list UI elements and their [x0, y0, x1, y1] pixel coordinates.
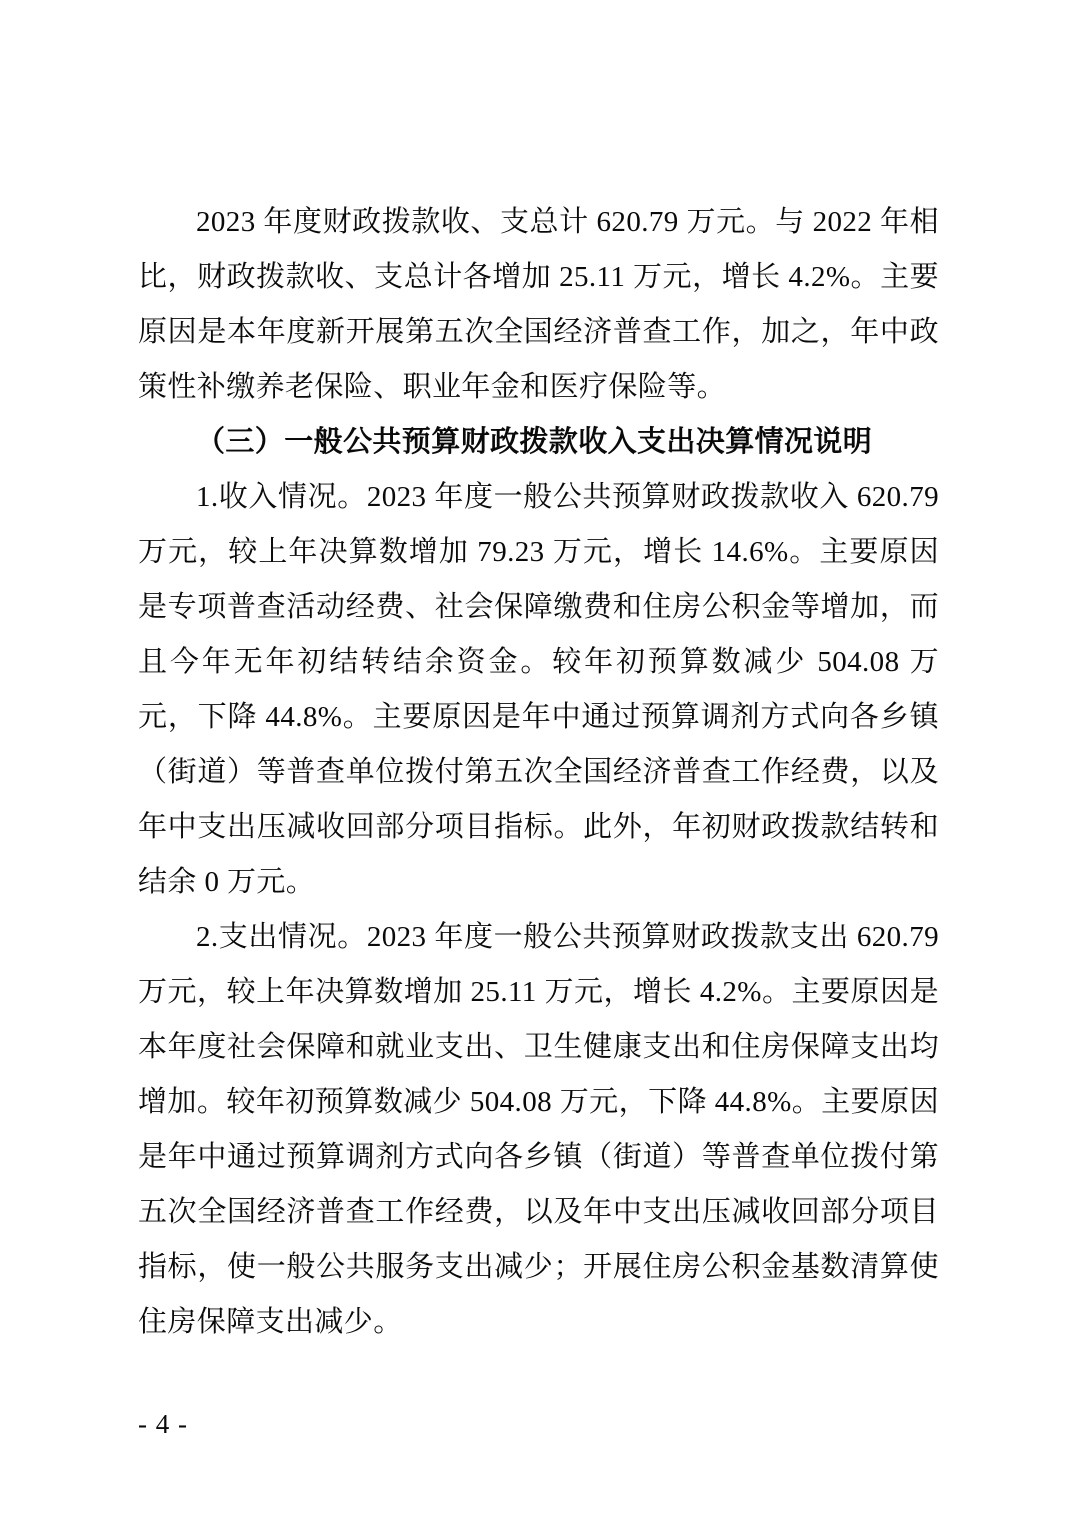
- document-page: 2023 年度财政拨款收、支总计 620.79 万元。与 2022 年相比，财政…: [0, 0, 1075, 1520]
- paragraph-expenditure-situation: 2.支出情况。2023 年度一般公共预算财政拨款支出 620.79 万元，较上年…: [138, 910, 939, 1350]
- paragraph-fiscal-totals: 2023 年度财政拨款收、支总计 620.79 万元。与 2022 年相比，财政…: [138, 195, 939, 415]
- document-body: 2023 年度财政拨款收、支总计 620.79 万元。与 2022 年相比，财政…: [138, 195, 939, 1350]
- paragraph-income-situation: 1.收入情况。2023 年度一般公共预算财政拨款收入 620.79 万元，较上年…: [138, 470, 939, 910]
- section-heading-general-public-budget: （三）一般公共预算财政拨款收入支出决算情况说明: [138, 415, 939, 470]
- page-number: - 4 -: [138, 1407, 188, 1441]
